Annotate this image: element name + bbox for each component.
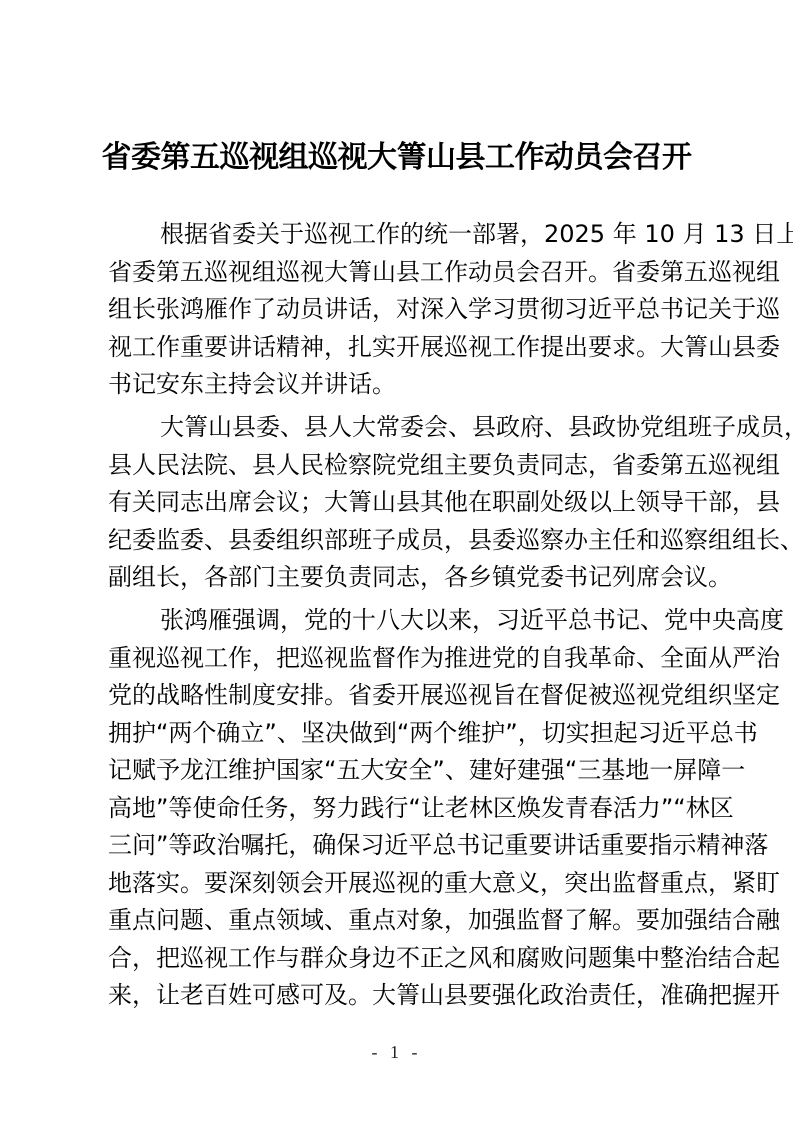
text-line: 三问”等政治嘱托，确保习近平总书记重要讲话重要指示精神落 xyxy=(108,827,692,865)
text-line: 视工作重要讲话精神，扎实开展巡视工作提出要求。大箐山县委 xyxy=(108,329,692,367)
text-line: 副组长，各部门主要负责同志，各乡镇党委书记列席会议。 xyxy=(108,559,692,597)
text-line: 党的战略性制度安排。省委开展巡视旨在督促被巡视党组织坚定 xyxy=(108,677,692,715)
text-line: 省委第五巡视组巡视大箐山县工作动员会召开。省委第五巡视组 xyxy=(108,254,692,292)
text-line: 重视巡视工作，把巡视监督作为推进党的自我革命、全面从严治 xyxy=(108,640,692,678)
text-line: 记赋予龙江维护国家“五大安全”、建好建强“三基地一屏障一 xyxy=(108,752,692,790)
text-line: 书记安东主持会议并讲话。 xyxy=(108,366,692,404)
text-line: 拥护“两个确立”、坚决做到“两个维护”，切实担起习近平总书 xyxy=(108,715,692,753)
text-line: 组长张鸿雁作了动员讲话，对深入学习贯彻习近平总书记关于巡 xyxy=(108,291,692,329)
text-line: 张鸿雁强调，党的十八大以来，习近平总书记、党中央高度 xyxy=(108,602,692,640)
paragraph-1: 根据省委关于巡视工作的统一部署，2025 年 10 月 13 日上午， 省委第五… xyxy=(108,216,692,404)
text-line: 合，把巡视工作与群众身边不正之风和腐败问题集中整治结合起 xyxy=(108,940,692,978)
text-line: 高地”等使命任务，努力践行“让老林区焕发青春活力”“林区 xyxy=(108,790,692,828)
text-line: 地落实。要深刻领会开展巡视的重大意义，突出监督重点，紧盯 xyxy=(108,865,692,903)
text-line: 纪委监委、县委组织部班子成员，县委巡察办主任和巡察组组长、 xyxy=(108,522,692,560)
paragraph-2: 大箐山县委、县人大常委会、县政府、县政协党组班子成员， 县人民法院、县人民检察院… xyxy=(108,409,692,597)
text-line: 大箐山县委、县人大常委会、县政府、县政协党组班子成员， xyxy=(108,409,692,447)
text-line: 县人民法院、县人民检察院党组主要负责同志，省委第五巡视组 xyxy=(108,447,692,485)
page-number: - 1 - xyxy=(0,1040,793,1064)
text-line: 来，让老百姓可感可及。大箐山县要强化政治责任，准确把握开 xyxy=(108,977,692,1015)
document-body: 根据省委关于巡视工作的统一部署，2025 年 10 月 13 日上午， 省委第五… xyxy=(108,216,692,1015)
text-line: 根据省委关于巡视工作的统一部署，2025 年 10 月 13 日上午， xyxy=(108,216,692,254)
document-page: 省委第五巡视组巡视大箐山县工作动员会召开 根据省委关于巡视工作的统一部署，202… xyxy=(0,0,793,1122)
text-line: 重点问题、重点领域、重点对象，加强监督了解。要加强结合融 xyxy=(108,902,692,940)
text-line: 有关同志出席会议；大箐山县其他在职副处级以上领导干部，县 xyxy=(108,484,692,522)
paragraph-3: 张鸿雁强调，党的十八大以来，习近平总书记、党中央高度 重视巡视工作，把巡视监督作… xyxy=(108,602,692,1015)
document-title: 省委第五巡视组巡视大箐山县工作动员会召开 xyxy=(0,136,793,180)
